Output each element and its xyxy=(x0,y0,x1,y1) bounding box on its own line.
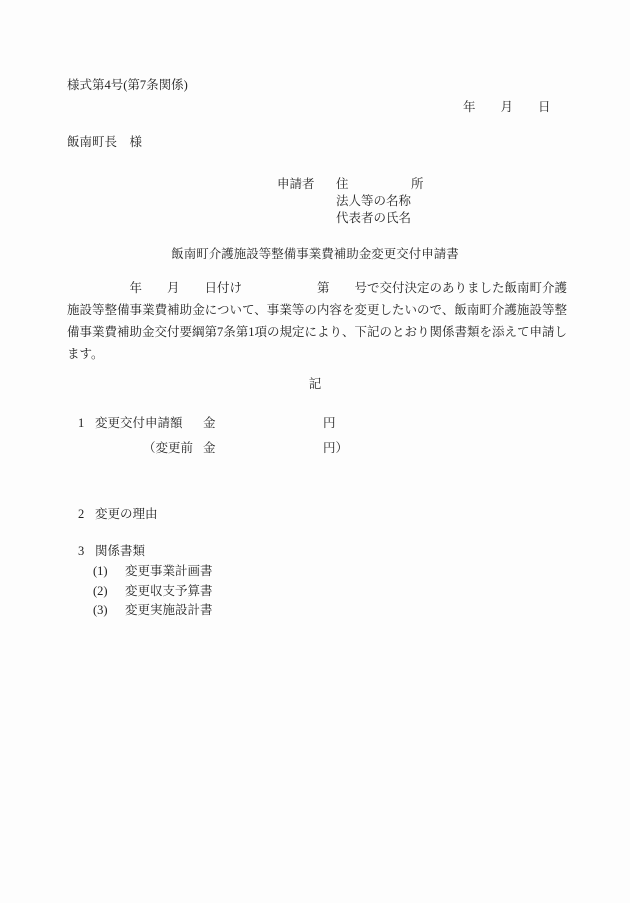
item1-label: 変更交付申請額 xyxy=(95,415,183,432)
application-form-page: 様式第4号(第7条関係) 年 月 日 飯南町長 様 申請者 住 所 法人等の名称… xyxy=(0,0,630,903)
item1-currency-suffix: 円 xyxy=(323,415,336,432)
body-paragraph: 年 月 日付け 第 号で交付決定のありました飯南町介護施設等整備事業費補助金につ… xyxy=(67,277,567,365)
item3-subitem-1-label: 変更事業計画書 xyxy=(125,563,213,580)
item1-before-currency-suffix: 円） xyxy=(323,440,348,457)
item2-number: 2 xyxy=(78,506,84,523)
item3-subitem-3-label: 変更実施設計書 xyxy=(125,602,213,619)
item1-number: 1 xyxy=(78,415,84,432)
item3-subitem-3-number: (3) xyxy=(93,602,108,619)
item3-subitem-1-number: (1) xyxy=(93,563,108,580)
applicant-corporate-name-label: 法人等の名称 xyxy=(336,193,411,210)
addressee: 飯南町長 様 xyxy=(67,134,142,151)
applicant-address-label: 住 所 xyxy=(336,176,424,193)
applicant-label: 申請者 xyxy=(277,176,315,193)
item2-label: 変更の理由 xyxy=(95,506,158,523)
item3-label: 関係書類 xyxy=(95,543,145,560)
item1-before-currency-prefix: 金 xyxy=(203,440,216,457)
item1-before-label: （変更前 xyxy=(143,440,193,457)
item3-number: 3 xyxy=(78,543,84,560)
date-line: 年 月 日 xyxy=(463,99,551,116)
document-title: 飯南町介護施設等整備事業費補助金変更交付申請書 xyxy=(0,246,630,263)
record-marker: 記 xyxy=(0,376,630,393)
item3-subitem-2-label: 変更収支予算書 xyxy=(125,583,213,600)
item1-currency-prefix: 金 xyxy=(203,415,216,432)
applicant-representative-label: 代表者の氏名 xyxy=(336,210,411,227)
item3-subitem-2-number: (2) xyxy=(93,583,108,600)
form-number: 様式第4号(第7条関係) xyxy=(67,77,188,94)
